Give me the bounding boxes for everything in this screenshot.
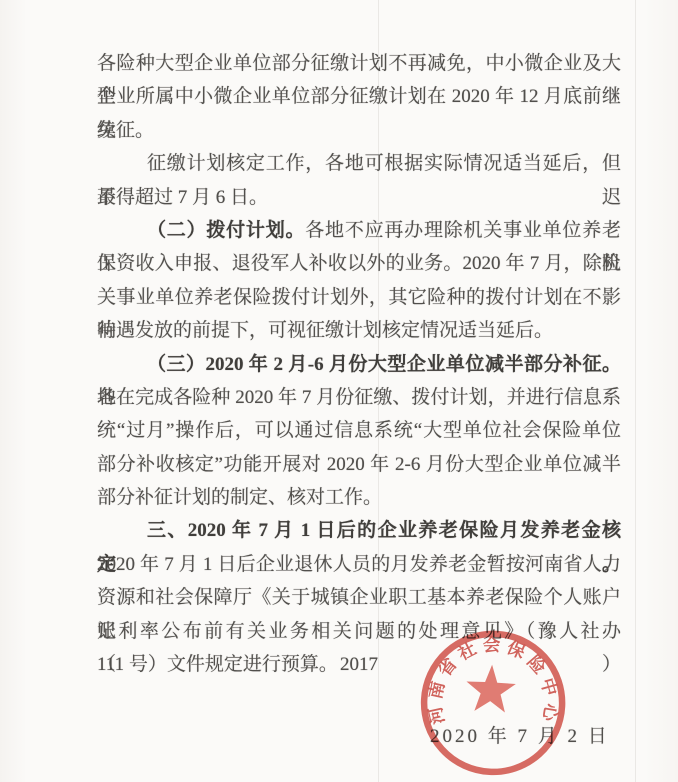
text-line: 企业所属中小微企业单位部分征缴计划在 2020 年 12 月底前继续	[97, 80, 621, 113]
text-line: 各险种大型企业单位部分征缴计划不再减免，中小微企业及大型	[97, 47, 621, 80]
body-text: 111 号）文件规定进行预算。	[97, 654, 338, 675]
text-line: 部分补征计划的制定、核对工作。	[97, 481, 621, 514]
heading-text: （三）2020 年 2 月-6 月份大型企业单位减半部分补征。	[147, 354, 621, 375]
text-line: 待遇发放的前提下，可视征缴计划核定情况适当延后。	[97, 314, 621, 347]
text-line: 免征。	[97, 114, 621, 147]
document-body: 各险种大型企业单位部分征缴计划不再减免，中小微企业及大型企业所属中小微企业单位部…	[97, 47, 621, 681]
text-line: 征缴计划核定工作，各地可根据实际情况适当延后，但最迟	[97, 147, 621, 180]
body-text: 免征。	[97, 120, 154, 141]
body-text: 工资收入申报、退役军人补收以外的业务。2020 年 7 月，除机	[97, 253, 621, 274]
text-line: 资源和社会保障厅《关于城镇企业职工基本养老保险个人账户记	[97, 581, 621, 614]
scanned-document-page: 各险种大型企业单位部分征缴计划不再减免，中小微企业及大型企业所属中小微企业单位部…	[0, 0, 678, 782]
text-line: 统“过月”操作后，可以通过信息系统“大型单位社会保险单位	[97, 414, 621, 447]
scan-fold-line	[635, 0, 636, 782]
body-text: 2020 年 7 月 1 日后企业退休人员的月发养老金暂按河南省人力	[97, 554, 621, 575]
body-text: 不得超过 7 月 6 日。	[97, 187, 268, 208]
official-seal: 河南省社会保险中心	[411, 622, 579, 782]
seal-star-icon	[465, 664, 517, 714]
heading-text: （二）拨付计划。	[147, 220, 305, 241]
text-line: 关事业单位养老保险拨付计划外，其它险种的拨付计划在不影响	[97, 281, 621, 314]
text-line: 部分补收核定”功能开展对 2020 年 2-6 月份大型企业单位减半	[97, 448, 621, 481]
text-line: （二）拨付计划。各地不应再办理除机关事业单位养老保险	[97, 214, 621, 247]
body-text: 地在完成各险种 2020 年 7 月份征缴、拨付计划，并进行信息系	[97, 387, 621, 408]
body-text: 待遇发放的前提下，可视征缴计划核定情况适当延后。	[97, 320, 553, 341]
text-line: 工资收入申报、退役军人补收以外的业务。2020 年 7 月，除机	[97, 247, 621, 280]
body-text: 统“过月”操作后，可以通过信息系统“大型单位社会保险单位	[97, 420, 621, 441]
text-line: （三）2020 年 2 月-6 月份大型企业单位减半部分补征。各	[97, 348, 621, 381]
text-line: 地在完成各险种 2020 年 7 月份征缴、拨付计划，并进行信息系	[97, 381, 621, 414]
text-line: 三、2020 年 7 月 1 日后的企业养老保险月发养老金核定。	[97, 514, 621, 547]
text-line: 2020 年 7 月 1 日后企业退休人员的月发养老金暂按河南省人力	[97, 548, 621, 581]
body-text: 部分补收核定”功能开展对 2020 年 2-6 月份大型企业单位减半	[97, 454, 621, 475]
body-text: 部分补征计划的制定、核对工作。	[97, 487, 382, 508]
